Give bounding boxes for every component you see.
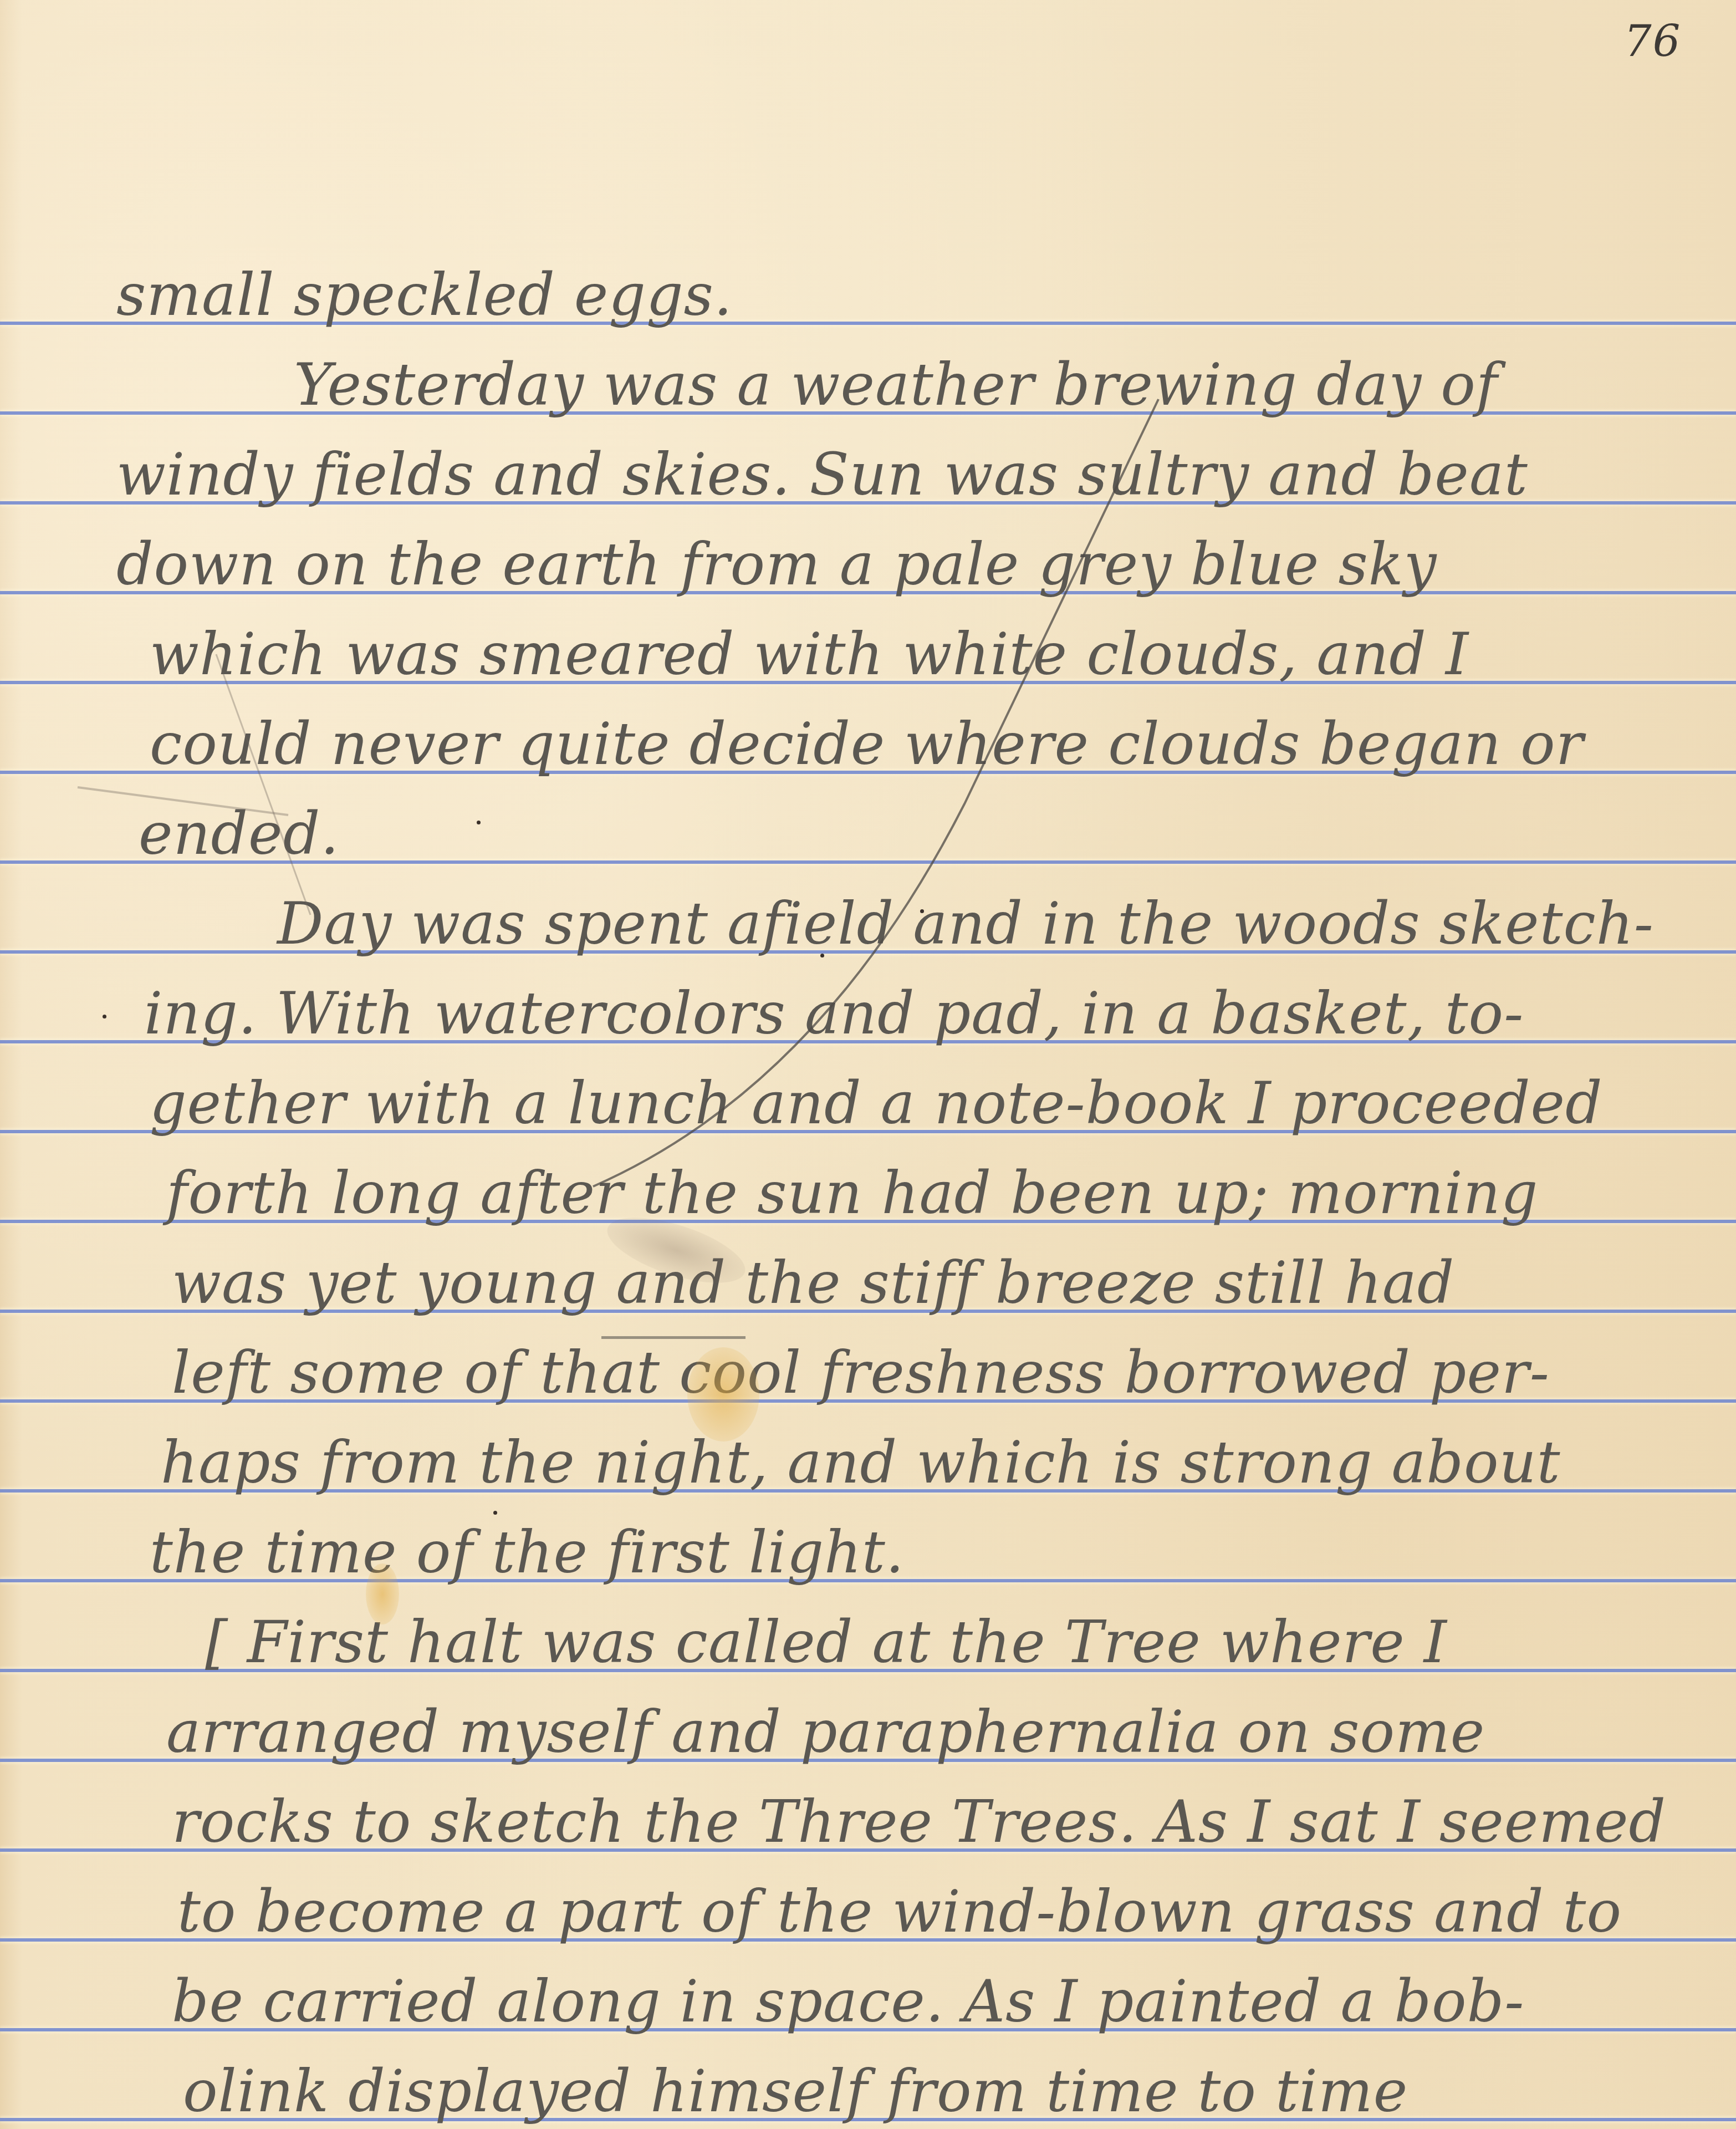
handwritten-line: small speckled eggs. — [116, 256, 733, 334]
handwritten-line: could never quite decide where clouds be… — [150, 705, 1584, 783]
page-number: 76 — [1624, 17, 1681, 67]
handwritten-line: arranged myself and paraphernalia on som… — [166, 1693, 1485, 1771]
paper-speck — [477, 821, 481, 824]
handwritten-line: Yesterday was a weather brewing day of — [294, 346, 1498, 424]
handwritten-line: olink displayed himself from time to tim… — [183, 2052, 1408, 2129]
handwritten-line: forth long after the sun had been up; mo… — [166, 1154, 1538, 1232]
handwritten-line: was yet young and the stiff breeze still… — [172, 1244, 1454, 1322]
paper-speck — [103, 1015, 106, 1018]
handwritten-line: the time of the first light. — [150, 1514, 905, 1591]
handwritten-line: windy fields and skies. Sun was sultry a… — [116, 436, 1528, 513]
handwritten-line: be carried along in space. As I painted … — [172, 1963, 1524, 2040]
handwritten-line: Day was spent afield and in the woods sk… — [277, 885, 1654, 962]
handwritten-line: gether with a lunch and a note-book I pr… — [150, 1064, 1603, 1142]
handwritten-line: which was smeared with white clouds, and… — [150, 615, 1469, 693]
handwritten-line: haps from the night, and which is strong… — [161, 1424, 1561, 1501]
handwritten-line: ing. With watercolors and pad, in a bask… — [144, 975, 1524, 1052]
handwritten-line: to become a part of the wind-blown grass… — [177, 1873, 1622, 1950]
handwritten-line: down on the earth from a pale grey blue … — [116, 526, 1437, 603]
paper-speck — [493, 1511, 497, 1515]
paper-speck — [820, 954, 824, 957]
journal-page: 76 small speckled eggs.Yesterday was a w… — [0, 0, 1736, 2129]
handwritten-line: [ First halt was called at the Tree wher… — [205, 1603, 1447, 1681]
strike-mark — [601, 1336, 746, 1339]
paper-speck — [920, 909, 924, 913]
handwritten-line: left some of that cool freshness borrowe… — [172, 1334, 1550, 1412]
handwritten-line: ended. — [139, 795, 339, 873]
handwritten-line: rocks to sketch the Three Trees. As I sa… — [172, 1783, 1666, 1861]
